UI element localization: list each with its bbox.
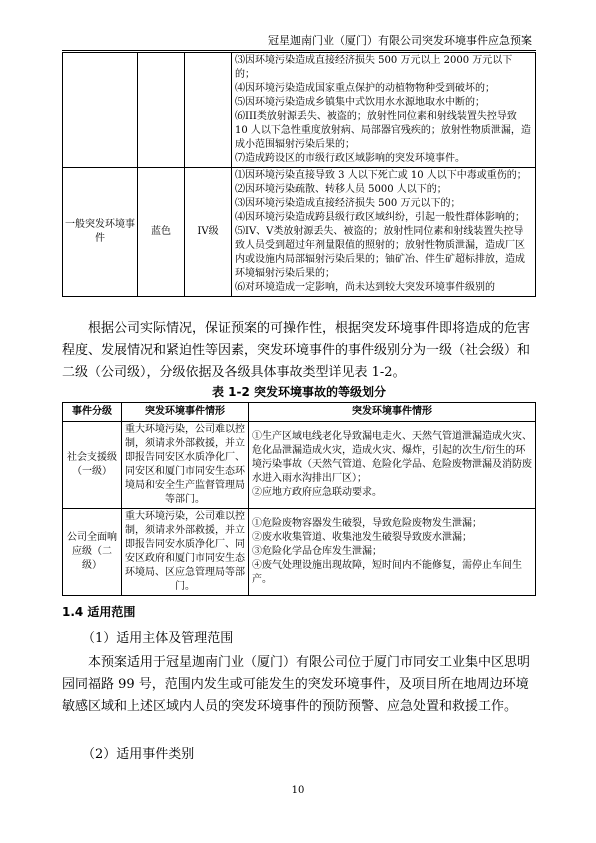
table-row: ⑶因环境污染造成直接经济损失 500 万元以上 2000 万元以下的； ⑷因环境… — [63, 53, 536, 168]
section-heading: 1.4 适用范围 — [62, 603, 135, 620]
body-paragraph: 本预案适用于冠星迦南门业（厦门）有限公司位于厦门市同安工业集中区思明园同福路 9… — [62, 652, 536, 718]
subheading: （1）适用主体及管理范围 — [82, 628, 536, 650]
page-number: 10 — [0, 785, 596, 796]
body-paragraph: 根据公司实际情况，保证预案的可操作性，根据突发环境事件即将造成的危害程度、发展情… — [62, 318, 536, 384]
category-cell: 一般突发环境事件 — [63, 168, 138, 297]
color-cell: 蓝色 — [138, 168, 185, 297]
criteria-cell: ⑴因环境污染直接导致 3 人以下死亡或 10 人以下中毒或重伤的； ⑵因环境污染… — [232, 168, 536, 297]
criteria-cell: ⑶因环境污染造成直接经济损失 500 万元以上 2000 万元以下的； ⑷因环境… — [232, 53, 536, 168]
table-row-general: 一般突发环境事件 蓝色 IV级 ⑴因环境污染直接导致 3 人以下死亡或 10 人… — [63, 168, 536, 297]
table-row: 社会支援级（一级） 重大环境污染，公司难以控制，须请求外部救援，并立即报告同安区… — [63, 422, 536, 509]
event-classification-table: 事件分级 突发环境事件情形 突发环境事件情形 社会支援级（一级） 重大环境污染，… — [62, 402, 536, 596]
level-cell: IV级 — [185, 168, 232, 297]
table-header-row: 事件分级 突发环境事件情形 突发环境事件情形 — [63, 403, 536, 422]
page-header: 冠星迦南门业（厦门）有限公司突发环境事件应急预案 — [62, 28, 536, 51]
subheading: （2）适用事件类别 — [82, 744, 536, 766]
document-title: 冠星迦南门业（厦门）有限公司突发环境事件应急预案 — [268, 32, 532, 48]
table-row: 公司全面响应级（二级） 重大环境污染，公司难以控制，须请求外部救援，并立即报告同… — [63, 509, 536, 596]
event-level-table-continued: ⑶因环境污染造成直接经济损失 500 万元以上 2000 万元以下的； ⑷因环境… — [62, 52, 536, 297]
table-caption: 表 1-2 突发环境事故的等级划分 — [62, 383, 536, 400]
